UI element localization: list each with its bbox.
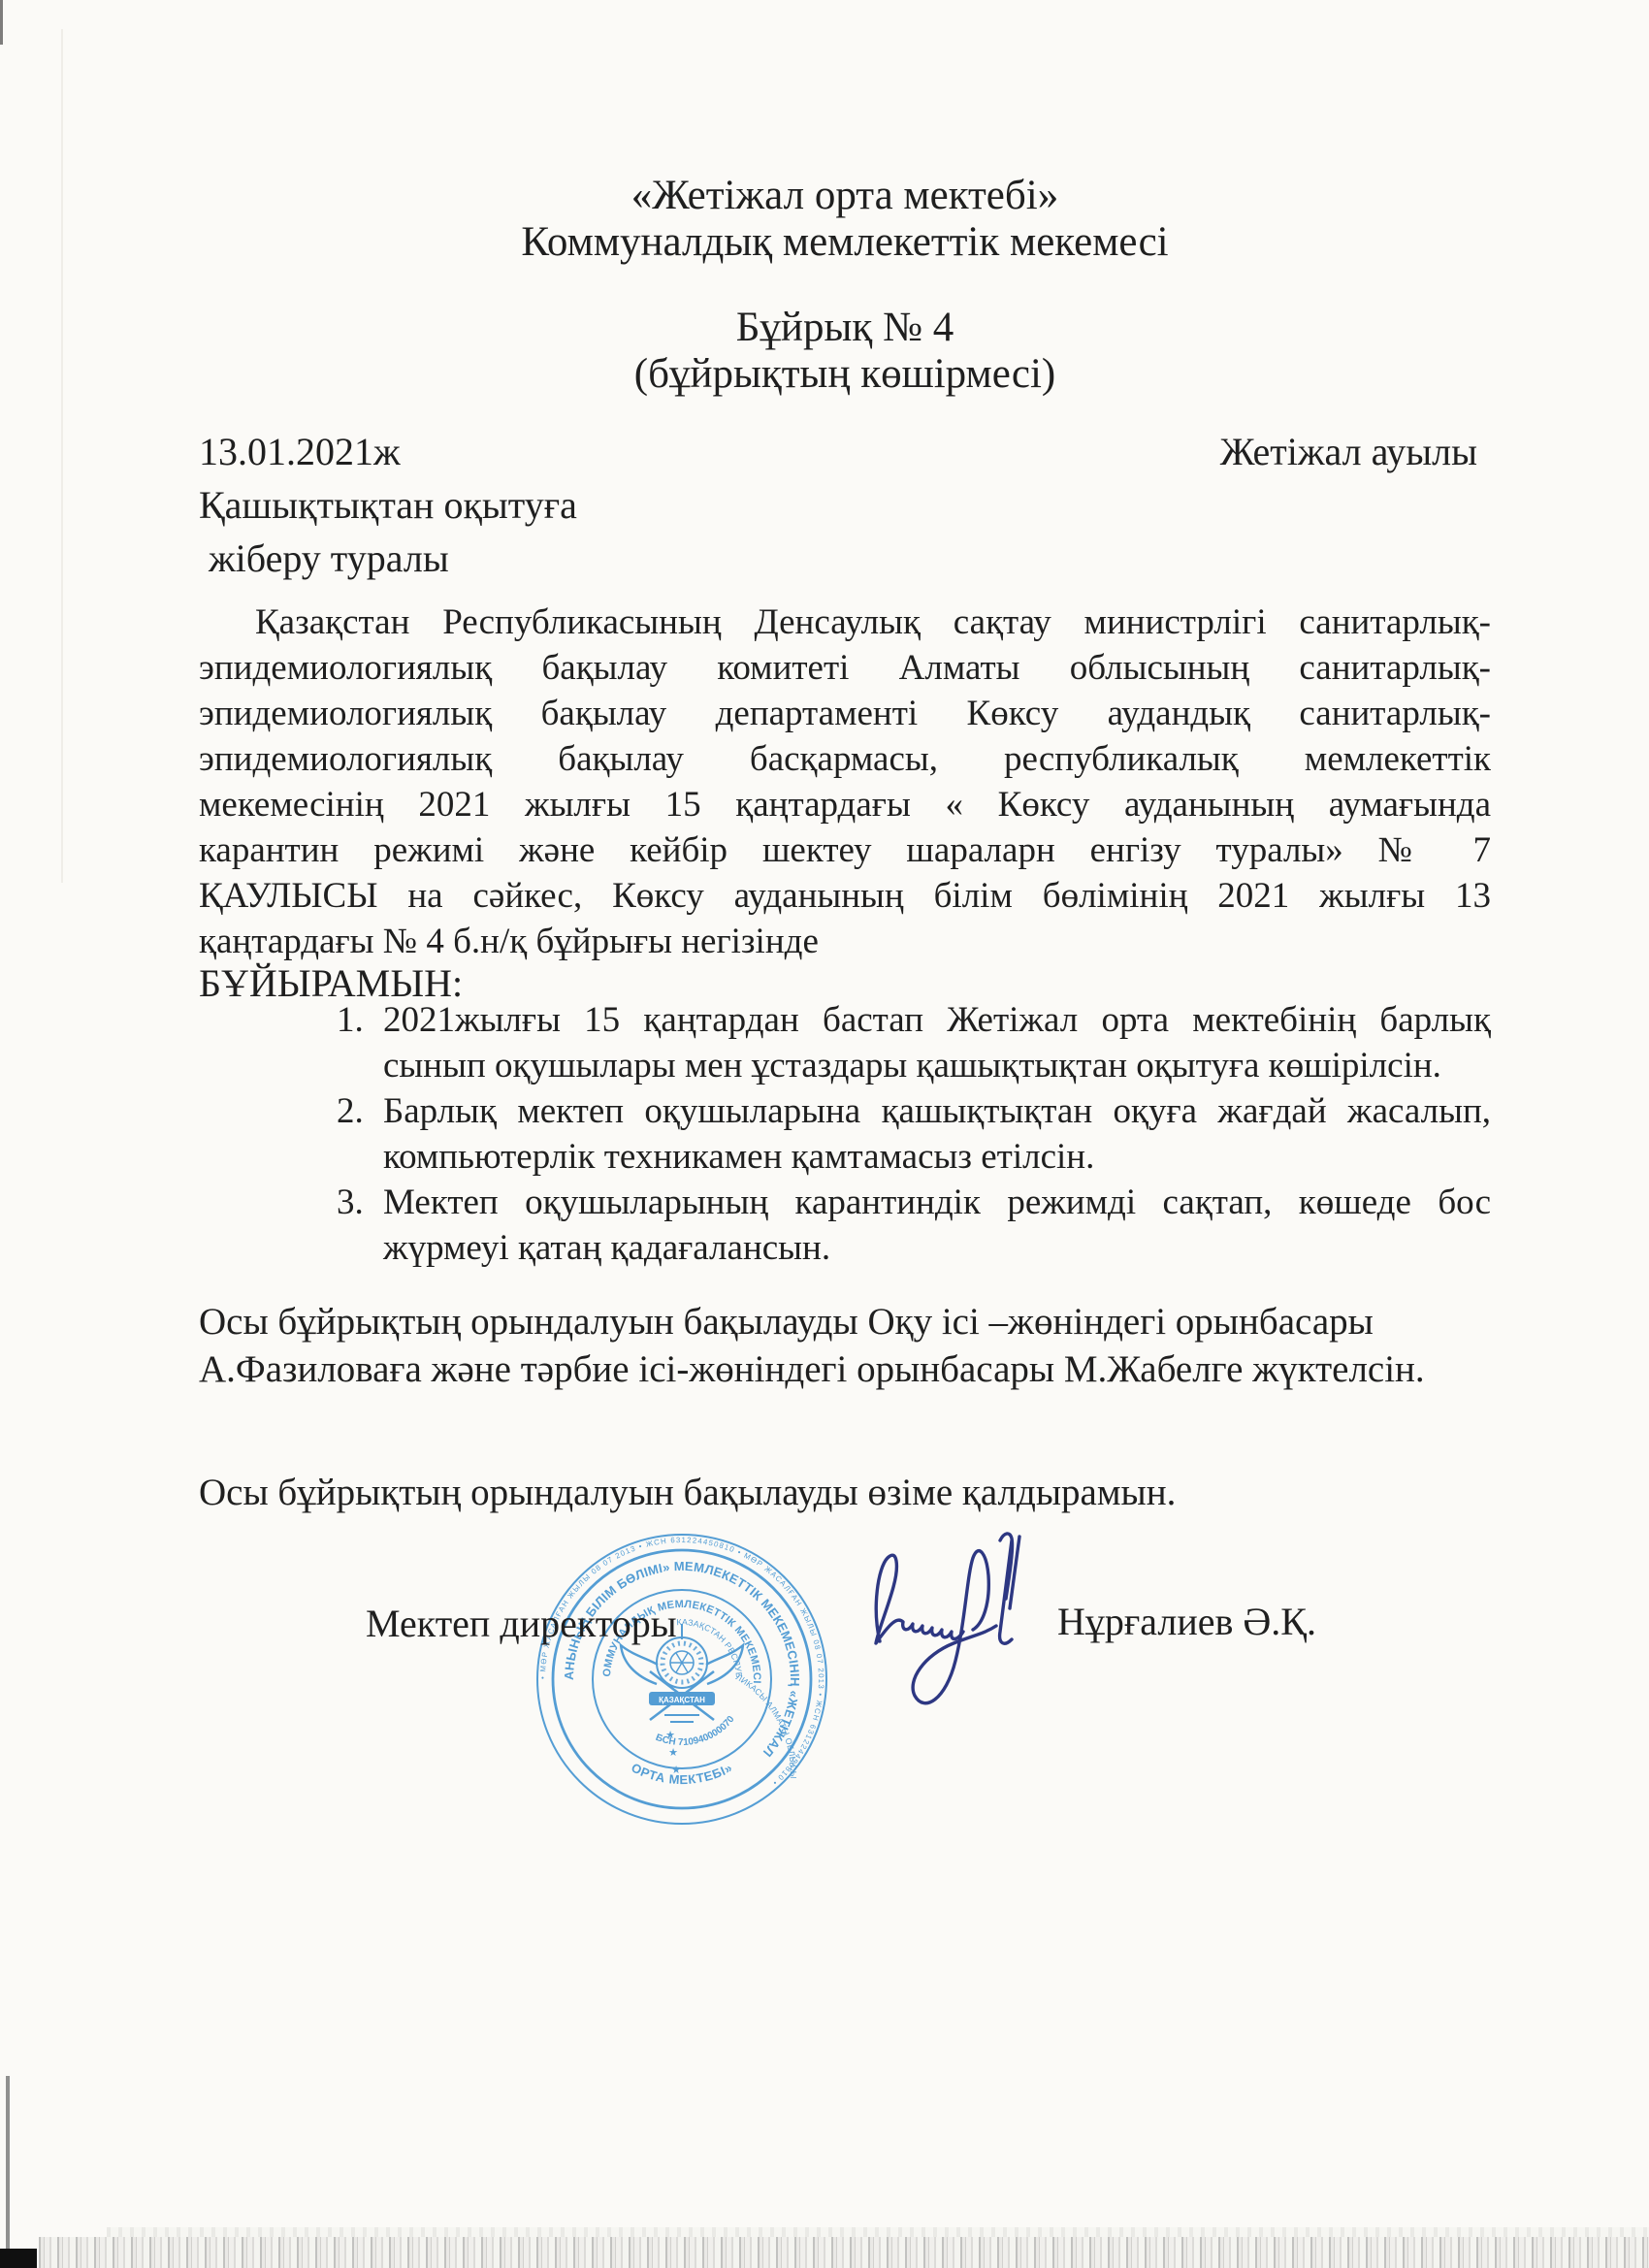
scan-edge-top: [0, 0, 3, 45]
scan-noise-band-upper: [107, 2227, 1649, 2237]
official-stamp: • МӨР ЖАСАЛҒАН ЖЫЛЫ 08 07 2013 • ЖСН 631…: [533, 1531, 830, 1828]
item-line1: Мектеп оқушыларының карантиндік режимді …: [383, 1180, 1491, 1225]
stamp-bottom-ring-text: ОРТА МЕКТЕБІ»: [629, 1760, 734, 1787]
scan-corner-mark: [0, 2249, 37, 2268]
body-line: Қазақстан Республикасының Денсаулық сақт…: [199, 599, 1491, 645]
item-line2: сынып оқушылары мен ұстаздары қашықтықта…: [383, 1043, 1491, 1088]
paper-crease-line: [61, 29, 63, 883]
subject-line2: жіберу туралы: [199, 532, 1491, 585]
control1-line1: Осы бұйрықтың орындалуын бақылауды Оқу і…: [199, 1298, 1503, 1345]
signature-name: Нұрғалиев Ә.Қ.: [1057, 1599, 1316, 1644]
item-number: 1.: [337, 997, 364, 1043]
scan-noise-band: [39, 2237, 1649, 2268]
body-paragraph: Қазақстан Республикасының Денсаулық сақт…: [199, 599, 1491, 964]
scan-edge-left: [6, 2076, 10, 2268]
body-line: ҚАУЛЫСЫ на сәйкес, Көксу ауданының білім…: [199, 873, 1491, 919]
order-item: 3. Мектеп оқушыларының карантиндік режим…: [199, 1180, 1491, 1271]
item-number: 3.: [337, 1180, 364, 1225]
meta-block: 13.01.2021ж Жетіжал ауылы Қашықтықтан оқ…: [199, 425, 1491, 585]
control-paragraph-2: Осы бұйрықтың орындалуын бақылауды өзіме…: [199, 1471, 1503, 1514]
star-icon: ★: [668, 1746, 678, 1759]
order-place: Жетіжал ауылы: [1220, 425, 1477, 478]
order-item: 2. Барлық мектеп оқушыларына қашықтықтан…: [199, 1088, 1491, 1180]
star-icon: ★: [671, 1764, 681, 1776]
item-line1: Барлық мектеп оқушыларына қашықтықтан оқ…: [383, 1088, 1491, 1134]
body-line: карантин режимі және кейбір шектеу шарал…: [199, 827, 1491, 873]
stamp-middle-circle: [553, 1550, 811, 1808]
order-item: 1. 2021жылғы 15 қаңтардан бастап Жетіжал…: [199, 997, 1491, 1088]
control-paragraph-1: Осы бұйрықтың орындалуын бақылауды Оқу і…: [199, 1298, 1503, 1393]
body-line: қаңтардағы № 4 б.н/қ бұйрығы негізінде: [199, 919, 1491, 964]
item-line2: жүрмеуі қатаң қадағалансын.: [383, 1225, 1491, 1271]
signature-scribble: [820, 1515, 1072, 1767]
order-items-list: 1. 2021жылғы 15 қаңтардан бастап Жетіжал…: [199, 997, 1491, 1271]
control1-line2: А.Фазиловаға және тәрбие ісі-жөніндегі о…: [199, 1345, 1503, 1393]
document-page: «Жетіжал орта мектебі» Коммуналдық мемле…: [0, 0, 1649, 2268]
org-name-line2: Коммуналдық мемлекеттік мекемесі: [199, 219, 1491, 266]
document-header: «Жетіжал орта мектебі» Коммуналдық мемле…: [199, 173, 1491, 398]
star-icon: ★: [665, 1729, 675, 1741]
org-name-line1: «Жетіжал орта мектебі»: [199, 173, 1491, 219]
body-line: эпидемиологиялық бақылау басқармасы, рес…: [199, 736, 1491, 782]
item-number: 2.: [337, 1088, 364, 1134]
body-line: эпидемиологиялық бақылау департаменті Кө…: [199, 691, 1491, 736]
subject-line1: Қашықтықтан оқытуға: [199, 478, 1491, 532]
body-line: мекемесінің 2021 жылғы 15 қаңтардағы « К…: [199, 782, 1491, 827]
body-line: эпидемиологиялық бақылау комитеті Алматы…: [199, 645, 1491, 691]
stamp-center-label: ҚАЗАҚСТАН: [659, 1696, 705, 1704]
item-line2: компьютерлік техникамен қамтамасыз етілс…: [383, 1134, 1491, 1180]
signature-role: Мектеп директоры: [366, 1601, 677, 1646]
item-line1: 2021жылғы 15 қаңтардан бастап Жетіжал ор…: [383, 997, 1491, 1043]
order-number: Бұйрық № 4: [199, 305, 1491, 351]
copy-note: (бұйрықтың көшірмесі): [199, 351, 1491, 398]
